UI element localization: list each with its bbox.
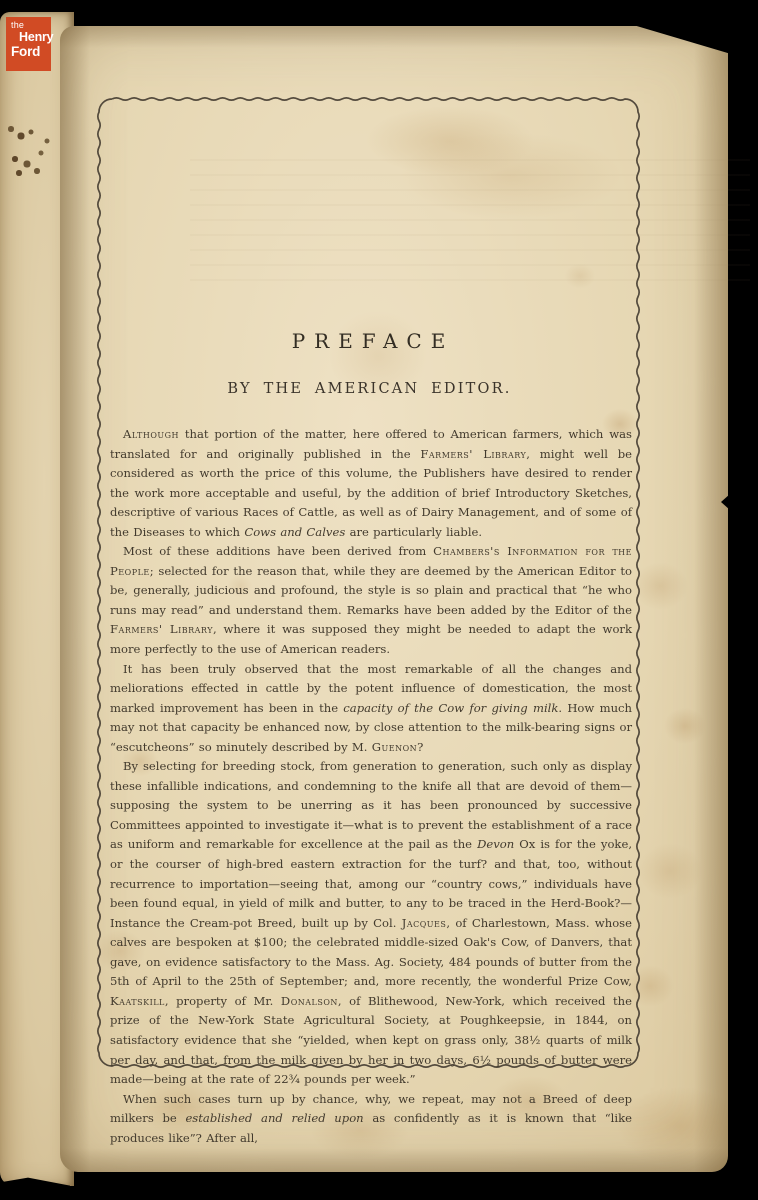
book-page: PREFACE BY THE AMERICAN EDITOR. Although… bbox=[60, 26, 728, 1172]
text-segment: Guenon bbox=[372, 740, 417, 754]
text-segment: Most of these additions have been derive… bbox=[123, 544, 433, 558]
logo-text-ford: Ford bbox=[11, 45, 51, 59]
paragraph: It has been truly observed that the most… bbox=[110, 660, 632, 758]
text-segment: Kaatskill bbox=[110, 994, 165, 1008]
paragraph: By selecting for breeding stock, from ge… bbox=[110, 757, 632, 1089]
text-segment: Although bbox=[123, 427, 179, 441]
preface-text: Although that portion of the matter, her… bbox=[110, 425, 632, 1148]
text-segment: Farmers' Library bbox=[420, 447, 526, 461]
logo-text-henry: Henry bbox=[19, 31, 51, 44]
paragraph: Although that portion of the matter, her… bbox=[110, 425, 632, 542]
page-subtitle: BY THE AMERICAN EDITOR. bbox=[95, 381, 642, 397]
text-segment: established and relied upon bbox=[185, 1111, 363, 1125]
text-segment: Donalson bbox=[281, 994, 338, 1008]
text-segment: , property of Mr. bbox=[165, 994, 281, 1008]
text-segment: Cows and Calves bbox=[244, 525, 345, 539]
text-segment: Farmers' Library bbox=[110, 622, 213, 636]
text-segment: ; selected for the reason that, while th… bbox=[110, 564, 632, 617]
page-title: PREFACE bbox=[95, 329, 642, 353]
henry-ford-logo: the Henry Ford bbox=[6, 17, 51, 71]
text-segment: are particularly liable. bbox=[345, 525, 482, 539]
scanned-book-photo: PREFACE BY THE AMERICAN EDITOR. Although… bbox=[0, 0, 758, 1200]
text-segment: Devon bbox=[477, 837, 514, 851]
paragraph: Most of these additions have been derive… bbox=[110, 542, 632, 659]
paragraph: When such cases turn up by chance, why, … bbox=[110, 1090, 632, 1149]
text-segment: capacity of the Cow for giving milk bbox=[343, 701, 558, 715]
ink-specks bbox=[0, 0, 2, 2]
text-segment: Jacques bbox=[402, 916, 447, 930]
print-show-through bbox=[190, 146, 750, 286]
text-segment: ? bbox=[417, 740, 423, 754]
logo-text-the: the bbox=[11, 21, 51, 30]
